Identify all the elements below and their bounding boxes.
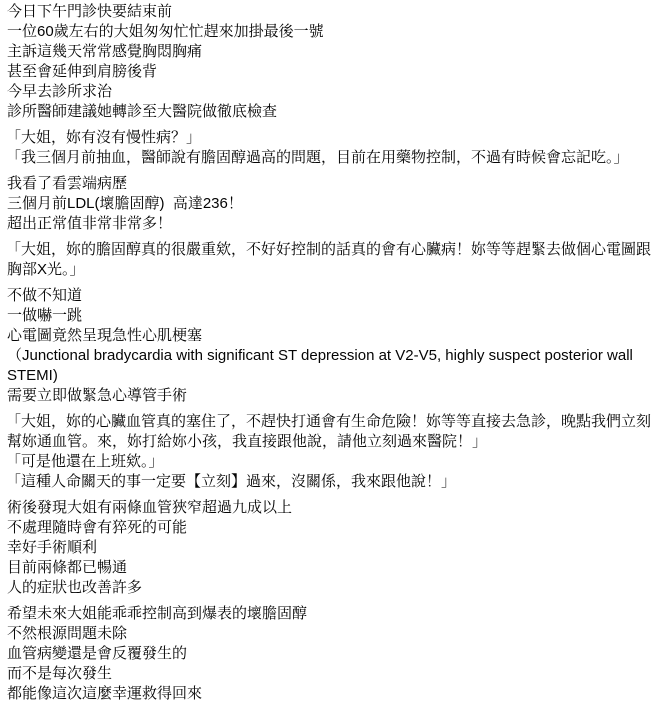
- dialogue-line: 「大姐，妳有沒有慢性病？」: [7, 128, 663, 148]
- paragraph-surgery-result: 術後發現大姐有兩條血管狹窄超過九成以上 不處理隨時會有猝死的可能 幸好手術順利 …: [7, 498, 663, 598]
- text-line: 今日下午門診快要結束前: [7, 2, 663, 22]
- text-line: 幸好手術順利: [7, 538, 663, 558]
- paragraph-ldl-record: 我看了看雲端病歷 三個月前LDL(壞膽固醇) 高達236！ 超出正常值非常非常多…: [7, 174, 663, 234]
- paragraph-dialogue-emergency: 「大姐，妳的心臟血管真的塞住了，不趕快打通會有生命危險！妳等等直接去急診，晚點我…: [7, 412, 663, 492]
- text-line: 我看了看雲端病歷: [7, 174, 663, 194]
- dialogue-line: 「可是他還在上班欸。」: [7, 452, 663, 472]
- text-line: 三個月前LDL(壞膽固醇) 高達236！: [7, 194, 663, 214]
- text-line: 診所醫師建議她轉診至大醫院做徹底檢查: [7, 102, 663, 122]
- text-line: 需要立即做緊急心導管手術: [7, 386, 663, 406]
- dialogue-line: 「這種人命關天的事一定要【立刻】過來，沒關係，我來跟他說！」: [7, 472, 663, 492]
- text-line: 血管病變還是會反覆發生的: [7, 644, 663, 664]
- text-line: 一位60歲左右的大姐匆匆忙忙趕來加掛最後一號: [7, 22, 663, 42]
- text-line: 心電圖竟然呈現急性心肌梗塞: [7, 326, 663, 346]
- text-line: 人的症狀也改善許多: [7, 578, 663, 598]
- paragraph-dialogue-history: 「大姐，妳有沒有慢性病？」 「我三個月前抽血，醫師說有膽固醇過高的問題，目前在用…: [7, 128, 663, 168]
- dialogue-line: 「大姐，妳的心臟血管真的塞住了，不趕快打通會有生命危險！妳等等直接去急診，晚點我…: [7, 412, 663, 452]
- paragraph-ecg-finding: 不做不知道 一做嚇一跳 心電圖竟然呈現急性心肌梗塞 （Junctional br…: [7, 286, 663, 406]
- text-line: 都能像這次這麼幸運救得回來: [7, 684, 663, 704]
- text-line: 主訴這幾天常常感覺胸悶胸痛: [7, 42, 663, 62]
- dialogue-line: 「我三個月前抽血，醫師說有膽固醇過高的問題，目前在用藥物控制，不過有時候會忘記吃…: [7, 148, 663, 168]
- text-line: 超出正常值非常非常多！: [7, 214, 663, 234]
- text-line: 不處理隨時會有猝死的可能: [7, 518, 663, 538]
- text-line: 不然根源問題未除: [7, 624, 663, 644]
- text-line: 而不是每次發生: [7, 664, 663, 684]
- paragraph-intro: 今日下午門診快要結束前 一位60歲左右的大姐匆匆忙忙趕來加掛最後一號 主訴這幾天…: [7, 2, 663, 122]
- ecg-diagnosis-text: （Junctional bradycardia with significant…: [7, 346, 663, 386]
- post-body: 今日下午門診快要結束前 一位60歲左右的大姐匆匆忙忙趕來加掛最後一號 主訴這幾天…: [0, 0, 663, 704]
- text-line: 目前兩條都已暢通: [7, 558, 663, 578]
- text-line: 術後發現大姐有兩條血管狹窄超過九成以上: [7, 498, 663, 518]
- text-line: 今早去診所求治: [7, 82, 663, 102]
- text-line: 不做不知道: [7, 286, 663, 306]
- text-line: 希望未來大姐能乖乖控制高到爆表的壞膽固醇: [7, 604, 663, 624]
- text-line: 甚至會延伸到肩膀後背: [7, 62, 663, 82]
- paragraph-closing: 希望未來大姐能乖乖控制高到爆表的壞膽固醇 不然根源問題未除 血管病變還是會反覆發…: [7, 604, 663, 704]
- text-line: 一做嚇一跳: [7, 306, 663, 326]
- dialogue-line: 「大姐，妳的膽固醇真的很嚴重欸，不好好控制的話真的會有心臟病！妳等等趕緊去做個心…: [7, 240, 663, 280]
- paragraph-dialogue-warning: 「大姐，妳的膽固醇真的很嚴重欸，不好好控制的話真的會有心臟病！妳等等趕緊去做個心…: [7, 240, 663, 280]
